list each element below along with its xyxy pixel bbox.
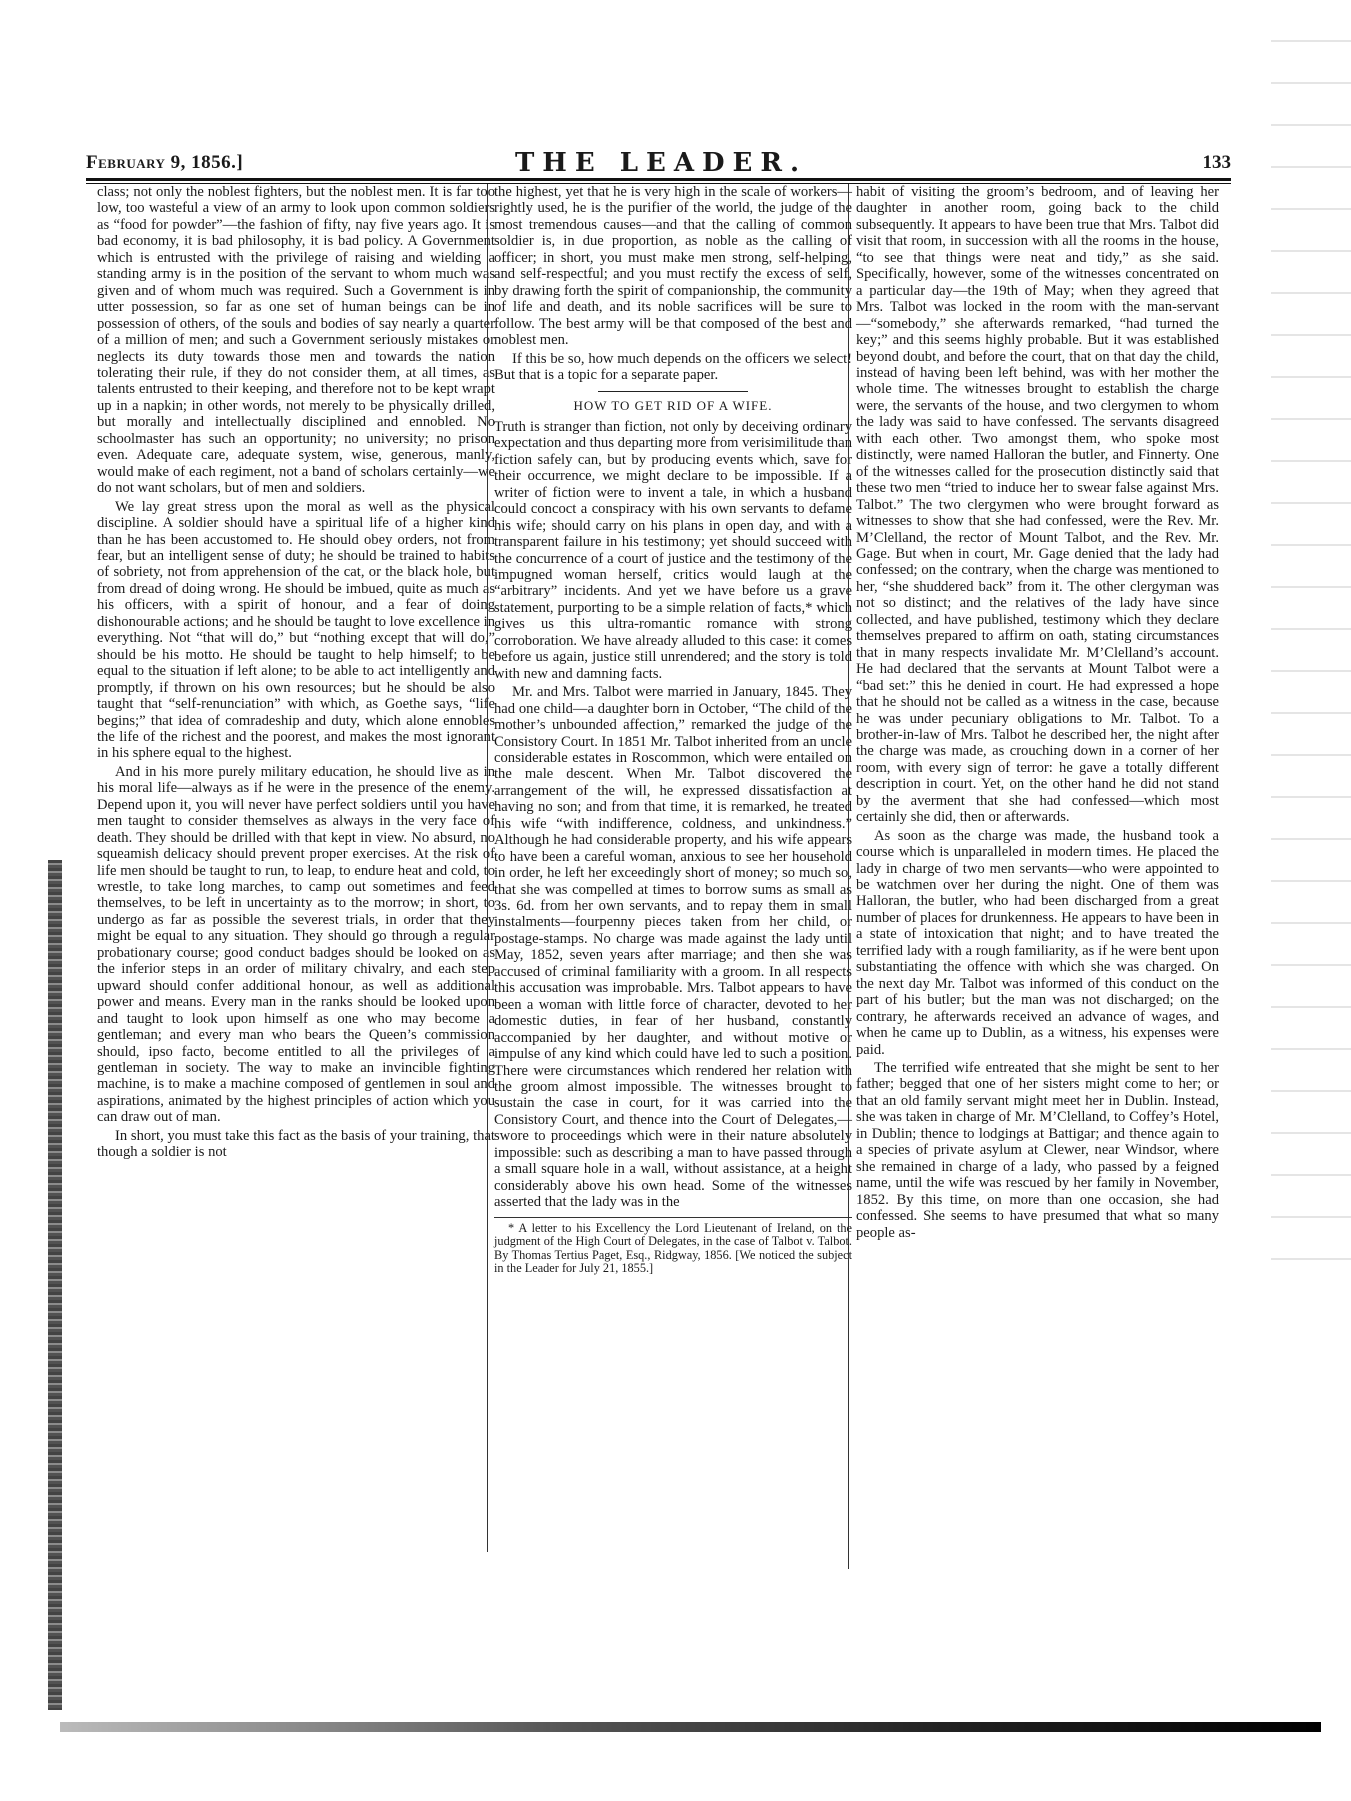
masthead: February 9, 1856.] THE LEADER. 133	[86, 148, 1231, 182]
scan-margin-noise	[1271, 0, 1351, 1300]
page-number: 133	[1203, 152, 1232, 174]
paragraph: Truth is stranger than fiction, not only…	[494, 419, 852, 682]
issue-date: February 9, 1856.]	[86, 152, 243, 174]
paragraph: The terrified wife entreated that she mi…	[856, 1060, 1219, 1241]
footnote: * A letter to his Excellency the Lord Li…	[494, 1222, 852, 1276]
paragraph: Mr. and Mrs. Talbot were married in Janu…	[494, 684, 852, 1211]
article-heading: HOW TO GET RID OF A WIFE.	[494, 398, 852, 414]
section-divider	[598, 391, 748, 392]
paragraph: habit of visiting the groom’s bedroom, a…	[856, 184, 1219, 826]
scan-binding-edge	[48, 860, 62, 1710]
scan-bottom-edge	[60, 1722, 1321, 1732]
column-1: class; not only the noblest fighters, bu…	[97, 184, 495, 1161]
paragraph: And in his more purely military educatio…	[97, 764, 495, 1126]
newspaper-page: February 9, 1856.] THE LEADER. 133 class…	[0, 0, 1351, 1801]
column-2: the highest, yet that he is very high in…	[487, 184, 852, 1552]
paragraph: class; not only the noblest fighters, bu…	[97, 184, 495, 497]
footnote-divider	[494, 1217, 852, 1218]
paragraph: In short, you must take this fact as the…	[97, 1128, 495, 1161]
paragraph: As soon as the charge was made, the husb…	[856, 828, 1219, 1058]
column-3: habit of visiting the groom’s bedroom, a…	[848, 184, 1219, 1569]
newspaper-title: THE LEADER.	[486, 148, 836, 178]
paragraph: the highest, yet that he is very high in…	[494, 184, 852, 349]
paragraph: If this be so, how much depends on the o…	[494, 351, 852, 384]
paragraph: We lay great stress upon the moral as we…	[97, 499, 495, 762]
